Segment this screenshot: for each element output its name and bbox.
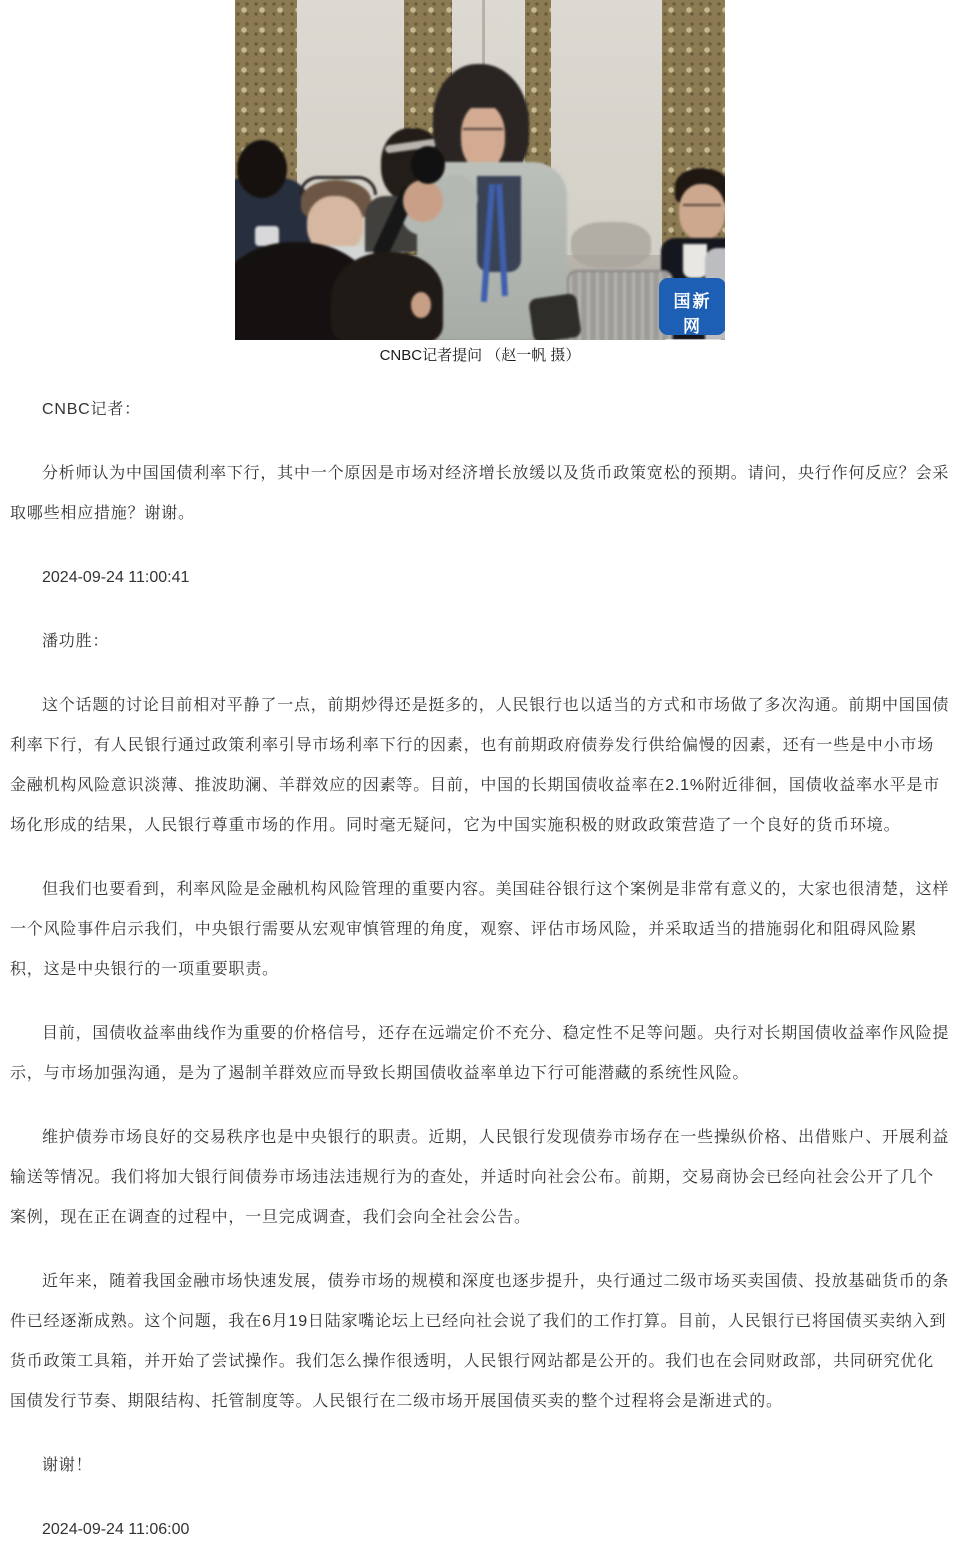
person-head [237, 140, 287, 198]
camera-bag [528, 293, 582, 340]
answer-paragraph-3: 目前，国债收益率曲线作为重要的价格信号，还存在远端定价不充分、稳定性不足等问题。… [10, 1014, 950, 1094]
press-photo-figure: 国新网 www.scio.gov.cn CNBC记者提问 （赵一帆 摄） [0, 0, 960, 366]
reporter-glasses [463, 128, 503, 140]
reporter-fringe [457, 76, 513, 108]
photo-caption: CNBC记者提问 （赵一帆 摄） [0, 346, 960, 366]
foreground-cheek [411, 292, 431, 318]
article-page: { "page": { "background": "#ffffff", "te… [0, 0, 960, 1543]
press-photo: 国新网 www.scio.gov.cn [235, 0, 725, 340]
answer-paragraph-1: 这个话题的讨论目前相对平静了一点，前期炒得还是挺多的，人民银行也以适当的方式和市… [10, 686, 950, 846]
transcript: CNBC记者： 分析师认为中国国债利率下行，其中一个原因是市场对经济增长放缓以及… [0, 366, 960, 1543]
speaker-label-cnbc: CNBC记者： [10, 390, 950, 430]
headset-band [299, 176, 377, 195]
timestamp-answer: 2024-09-24 11:06:00 [10, 1510, 950, 1543]
shirt-front [683, 244, 707, 278]
answer-paragraph-5: 近年来，随着我国金融市场快速发展，债券市场的规模和深度也逐步提升，央行通过二级市… [10, 1262, 950, 1422]
speaker-label-pan-gongsheng: 潘功胜： [10, 622, 950, 662]
microphone-foam [411, 146, 445, 184]
answer-paragraph-4: 维护债券市场良好的交易秩序也是中央银行的职责。近期，人民银行发现债券市场存在一些… [10, 1118, 950, 1238]
person-glasses [683, 204, 721, 214]
scio-logo-title: 国新网 [665, 287, 721, 340]
audience-figures [235, 0, 725, 340]
scio-logo: 国新网 www.scio.gov.cn [659, 278, 725, 335]
timestamp-question: 2024-09-24 11:00:41 [10, 558, 950, 598]
answer-paragraph-2: 但我们也要看到，利率风险是金融机构风险管理的重要内容。美国硅谷银行这个案例是非常… [10, 870, 950, 990]
answer-thanks: 谢谢！ [10, 1446, 950, 1486]
midground-figure [571, 222, 651, 268]
question-paragraph: 分析师认为中国国债利率下行，其中一个原因是市场对经济增长放缓以及货币政策宽松的预… [10, 454, 950, 534]
chair-mesh [567, 270, 673, 340]
reporter-hand [403, 180, 443, 222]
